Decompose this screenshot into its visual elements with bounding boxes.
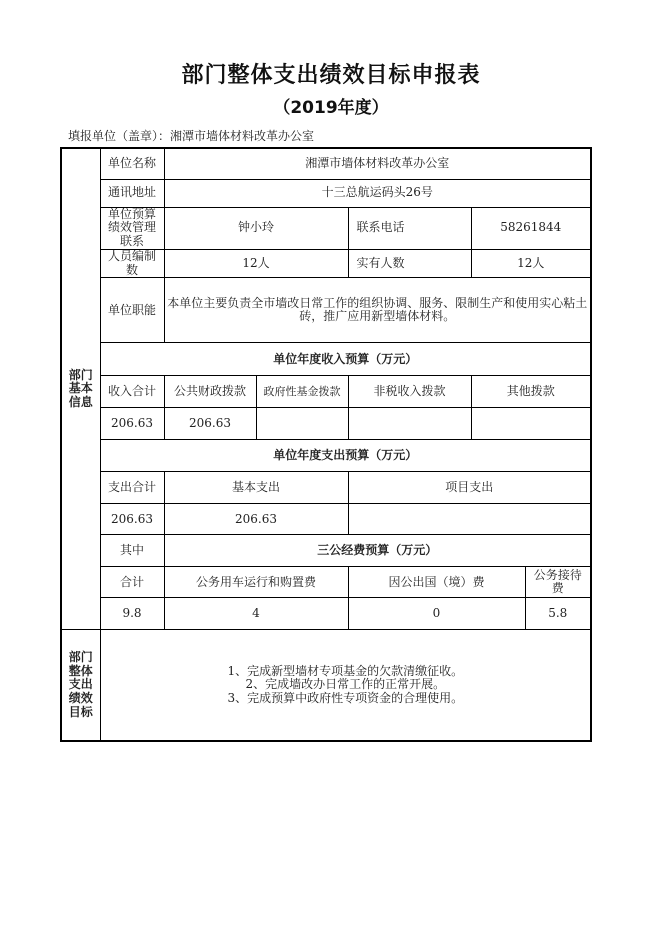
duties-value: 本单位主要负责全市墙改日常工作的组织协调、服务、限制生产和使用实心粘土砖，推广应… (164, 278, 591, 343)
expense-header-basic: 基本支出 (164, 472, 348, 504)
income-value-gov-fund (256, 408, 348, 440)
three-public-header-vehicle: 公务用车运行和购置费 (164, 567, 348, 598)
income-value-total: 206.63 (100, 408, 164, 440)
three-public-value-reception: 5.8 (525, 598, 591, 630)
of-which-label: 其中 (100, 535, 164, 567)
phone-label: 联系电话 (348, 207, 471, 249)
contact-value: 钟小玲 (164, 207, 348, 249)
income-header-other: 其他拨款 (471, 376, 591, 408)
three-public-header-reception: 公务接待费 (525, 567, 591, 598)
page-subtitle-year: （2019年度） (0, 93, 662, 118)
performance-goal-form: 部门 基本 信息 单位名称 湘潭市墙体材料改革办公室 通讯地址 十三总航运码头2… (60, 147, 592, 742)
side-label-text: 部门 整体 支出 绩效 目标 (69, 650, 93, 719)
three-public-value-vehicle: 4 (164, 598, 348, 630)
unit-name-value: 湘潭市墙体材料改革办公室 (164, 148, 591, 179)
income-header-non-tax: 非税收入拨款 (348, 376, 471, 408)
page-title: 部门整体支出绩效目标申报表 (0, 58, 662, 89)
expense-header-project: 项目支出 (348, 472, 591, 504)
duties-label: 单位职能 (100, 278, 164, 343)
expense-value-project (348, 504, 591, 535)
staff-quota-label: 人员编制数 (100, 249, 164, 278)
side-label-text: 部门 基本 信息 (69, 368, 93, 410)
income-header-gov-fund: 政府性基金拨款 (256, 376, 348, 408)
three-public-value-total: 9.8 (100, 598, 164, 630)
reporting-unit-line: 填报单位（盖章）：湘潭市墙体材料改革办公室 (68, 127, 314, 144)
three-public-header-overseas: 因公出国（境）费 (348, 567, 525, 598)
section-label-performance-goals: 部门 整体 支出 绩效 目标 (61, 630, 100, 741)
actual-staff-value: 12人 (471, 249, 591, 278)
income-header-total: 收入合计 (100, 376, 164, 408)
unit-name-label: 单位名称 (100, 148, 164, 179)
expense-budget-heading: 单位年度支出预算（万元） (100, 440, 591, 472)
income-value-public-finance: 206.63 (164, 408, 256, 440)
contact-label: 单位预算绩效管理联系 (100, 207, 164, 249)
expense-value-basic: 206.63 (164, 504, 348, 535)
performance-goals-list: 1、完成新型墙材专项基金的欠款清缴征收。 2、完成墙改办日常工作的正常开展。 3… (100, 630, 591, 741)
actual-staff-label: 实有人数 (348, 249, 471, 278)
three-public-heading: 三公经费预算（万元） (164, 535, 591, 567)
income-header-public-finance: 公共财政拨款 (164, 376, 256, 408)
staff-quota-value: 12人 (164, 249, 348, 278)
income-value-other (471, 408, 591, 440)
goal-item-3: 3、完成预算中政府性专项资金的合理使用。 (103, 692, 589, 706)
expense-header-total: 支出合计 (100, 472, 164, 504)
income-value-non-tax (348, 408, 471, 440)
expense-value-total: 206.63 (100, 504, 164, 535)
section-label-basic-info: 部门 基本 信息 (61, 148, 100, 630)
address-label: 通讯地址 (100, 179, 164, 207)
three-public-header-total: 合计 (100, 567, 164, 598)
phone-value: 58261844 (471, 207, 591, 249)
three-public-value-overseas: 0 (348, 598, 525, 630)
address-value: 十三总航运码头26号 (164, 179, 591, 207)
income-budget-heading: 单位年度收入预算（万元） (100, 343, 591, 376)
